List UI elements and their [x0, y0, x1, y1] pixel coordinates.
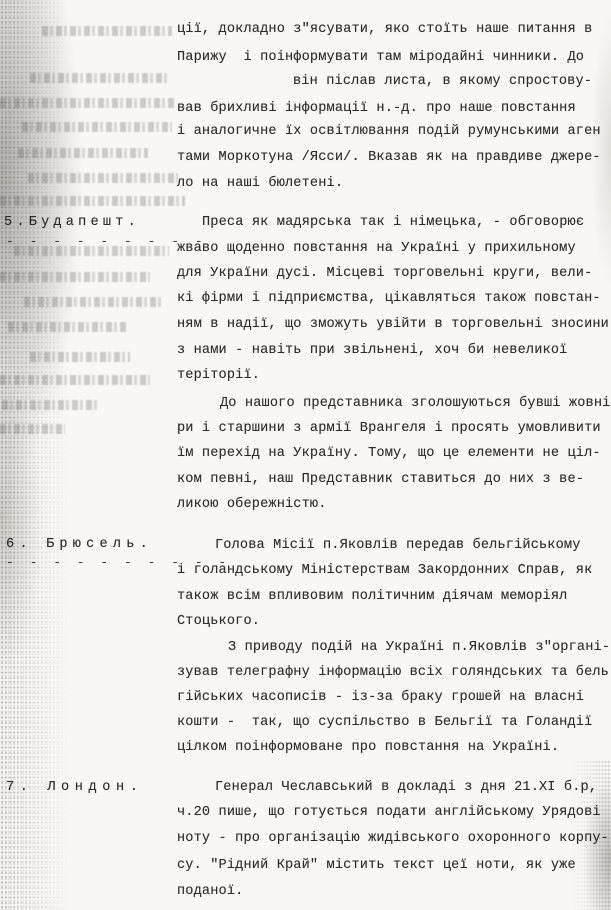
text-line: і аналогичне їх освітлювання подій румун… — [177, 124, 601, 140]
section-heading-budapest: 5.Будапешт. — [4, 215, 140, 231]
text-line: вав брихливі інформації н.-д. про наше п… — [177, 101, 576, 117]
text-line: ло на наші бюлетені. — [177, 176, 343, 192]
text-line: ри і старшини з армії Врангеля і просять… — [177, 421, 601, 437]
text-line: теріторії. — [177, 368, 260, 384]
section-heading-brussels: 6. Брюсель. — [6, 537, 153, 553]
text-line: Голова Місії п.Яковлів передав бельгійсь… — [215, 538, 581, 554]
bleed-through-mark — [0, 375, 150, 385]
bleed-through-mark — [8, 322, 128, 332]
text-line: Стоцького. — [177, 614, 260, 630]
paper-stain-left — [0, 0, 70, 910]
text-line: поданої. — [177, 884, 243, 900]
bleed-through-mark — [42, 26, 172, 36]
text-line: він пiслав листа, в якому спростову- — [293, 74, 592, 90]
bleed-through-mark — [28, 173, 178, 183]
text-line: зував телеграфну інформацію всіх голяндс… — [177, 665, 609, 681]
text-line: кошти - так, що суспільство в Бельгії та… — [177, 715, 592, 731]
document-page: цiї, докладно з"ясувати, яко стоїть наше… — [0, 0, 611, 910]
bleed-through-mark — [24, 297, 164, 307]
text-line: ком певні, наш Представник ставиться до … — [177, 472, 584, 488]
text-line: тами Моркотуна /Ясси/. Вказав як на прав… — [177, 150, 601, 166]
text-line: також всім впливовим політичним діячам м… — [177, 589, 567, 605]
bleed-through-mark — [2, 400, 97, 410]
bleed-through-mark — [0, 196, 185, 206]
text-line: Генерал Чеславський в докладі з дня 21.X… — [215, 780, 597, 796]
text-line: жваво щоденно повстання на Україні у при… — [177, 241, 576, 257]
text-line: їм перехід на Україну. Тому, що це елеме… — [177, 446, 601, 462]
bleed-through-mark — [0, 272, 150, 282]
text-line: су. "Рідний Край" містить текст цеї ноти… — [177, 858, 576, 874]
text-line: з нами - навіть при звільнені, хоч би не… — [177, 343, 567, 359]
text-line: Парижу і поінформувати там міродайні чин… — [177, 50, 584, 66]
bleed-through-mark — [18, 148, 148, 158]
text-line: З приводу подій на Україні п.Яковлів з"о… — [228, 640, 610, 656]
bleed-through-mark — [30, 352, 130, 362]
text-line: До нашого представника зголошуються бувш… — [220, 396, 610, 412]
bleed-through-mark — [0, 98, 175, 108]
text-line: ликою обережністю. — [177, 497, 327, 513]
bleed-through-mark — [30, 73, 170, 83]
bleed-through-mark — [22, 122, 172, 132]
text-line: ням в надії, що зможуть увійти в торгове… — [177, 317, 609, 333]
text-line: Преса як мадярська так і німецька, - обг… — [202, 215, 584, 231]
text-line: і голандському Міністерствам Закордонних… — [177, 563, 592, 579]
text-line: ноту - про організацію жидівського охоро… — [177, 831, 609, 847]
bleed-through-mark — [0, 424, 65, 434]
text-line: кі фірми і підприємства, цікавляться так… — [177, 291, 601, 307]
text-line: цілком поінформоване про повстання на Ук… — [177, 740, 559, 756]
text-line: цiї, докладно з"ясувати, яко стоїть наше… — [177, 22, 592, 38]
text-line: гійських часописів - із-за браку грошей … — [177, 690, 584, 706]
text-line: ч.20 пише, що готується подати англійськ… — [177, 805, 601, 821]
text-line: для України дусі. Місцеві торговельні кр… — [177, 266, 592, 282]
section-heading-london: 7. Лондон. — [6, 780, 144, 796]
